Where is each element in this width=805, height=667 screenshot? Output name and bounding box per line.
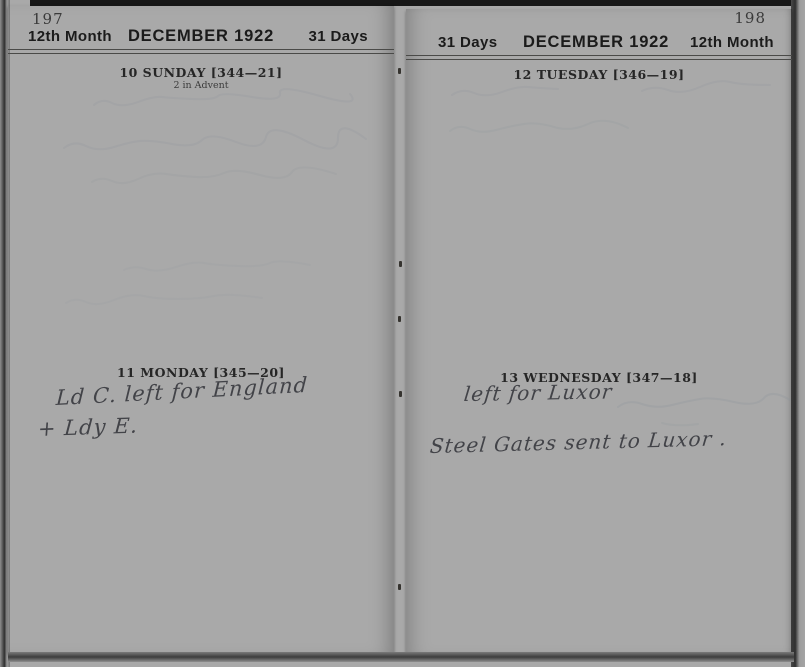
day-header-tuesday: 12 TUESDAY [346—19]	[406, 67, 792, 82]
binding-stitch	[398, 316, 401, 322]
header-double-rule-left	[8, 49, 394, 54]
diary-page-left: 197 12th Month DECEMBER 1922 31 Days 10 …	[8, 5, 394, 653]
page-number-left: 197	[32, 10, 64, 28]
binding-stitch	[399, 261, 402, 267]
day-header-sunday: 10 SUNDAY [344—21]	[8, 65, 394, 80]
handwritten-entry-wednesday-line2: Steel Gates sent to Luxor .	[429, 426, 728, 458]
header-days-left: 31 Days	[308, 28, 368, 45]
header-month-ordinal-left: 12th Month	[28, 28, 112, 45]
binding-stitch	[398, 584, 401, 590]
page-bottom-edge-shadow	[8, 652, 794, 662]
header-days-right: 31 Days	[438, 34, 498, 51]
binding-stitch	[398, 68, 401, 74]
handwritten-entry-monday-line2: + Ldy E.	[37, 413, 139, 441]
header-double-rule-right	[406, 55, 792, 60]
header-title-right: DECEMBER 1922	[523, 33, 669, 52]
binding-gutter	[394, 5, 406, 654]
page-right-edge-shadow	[791, 0, 805, 667]
binding-stitch	[399, 391, 402, 397]
header-month-ordinal-right: 12th Month	[690, 34, 774, 51]
diary-scan: 197 12th Month DECEMBER 1922 31 Days 10 …	[0, 0, 805, 667]
bleed-through-writing-left	[8, 5, 394, 653]
day-subheader-advent: 2 in Advent	[8, 80, 394, 91]
diary-page-right: 198 31 Days DECEMBER 1922 12th Month 12 …	[406, 9, 792, 654]
bleed-through-writing-right	[406, 9, 792, 654]
handwritten-entry-wednesday-line1: left for Luxor	[463, 379, 614, 406]
header-title-left: DECEMBER 1922	[128, 27, 274, 46]
page-number-right: 198	[734, 9, 766, 27]
